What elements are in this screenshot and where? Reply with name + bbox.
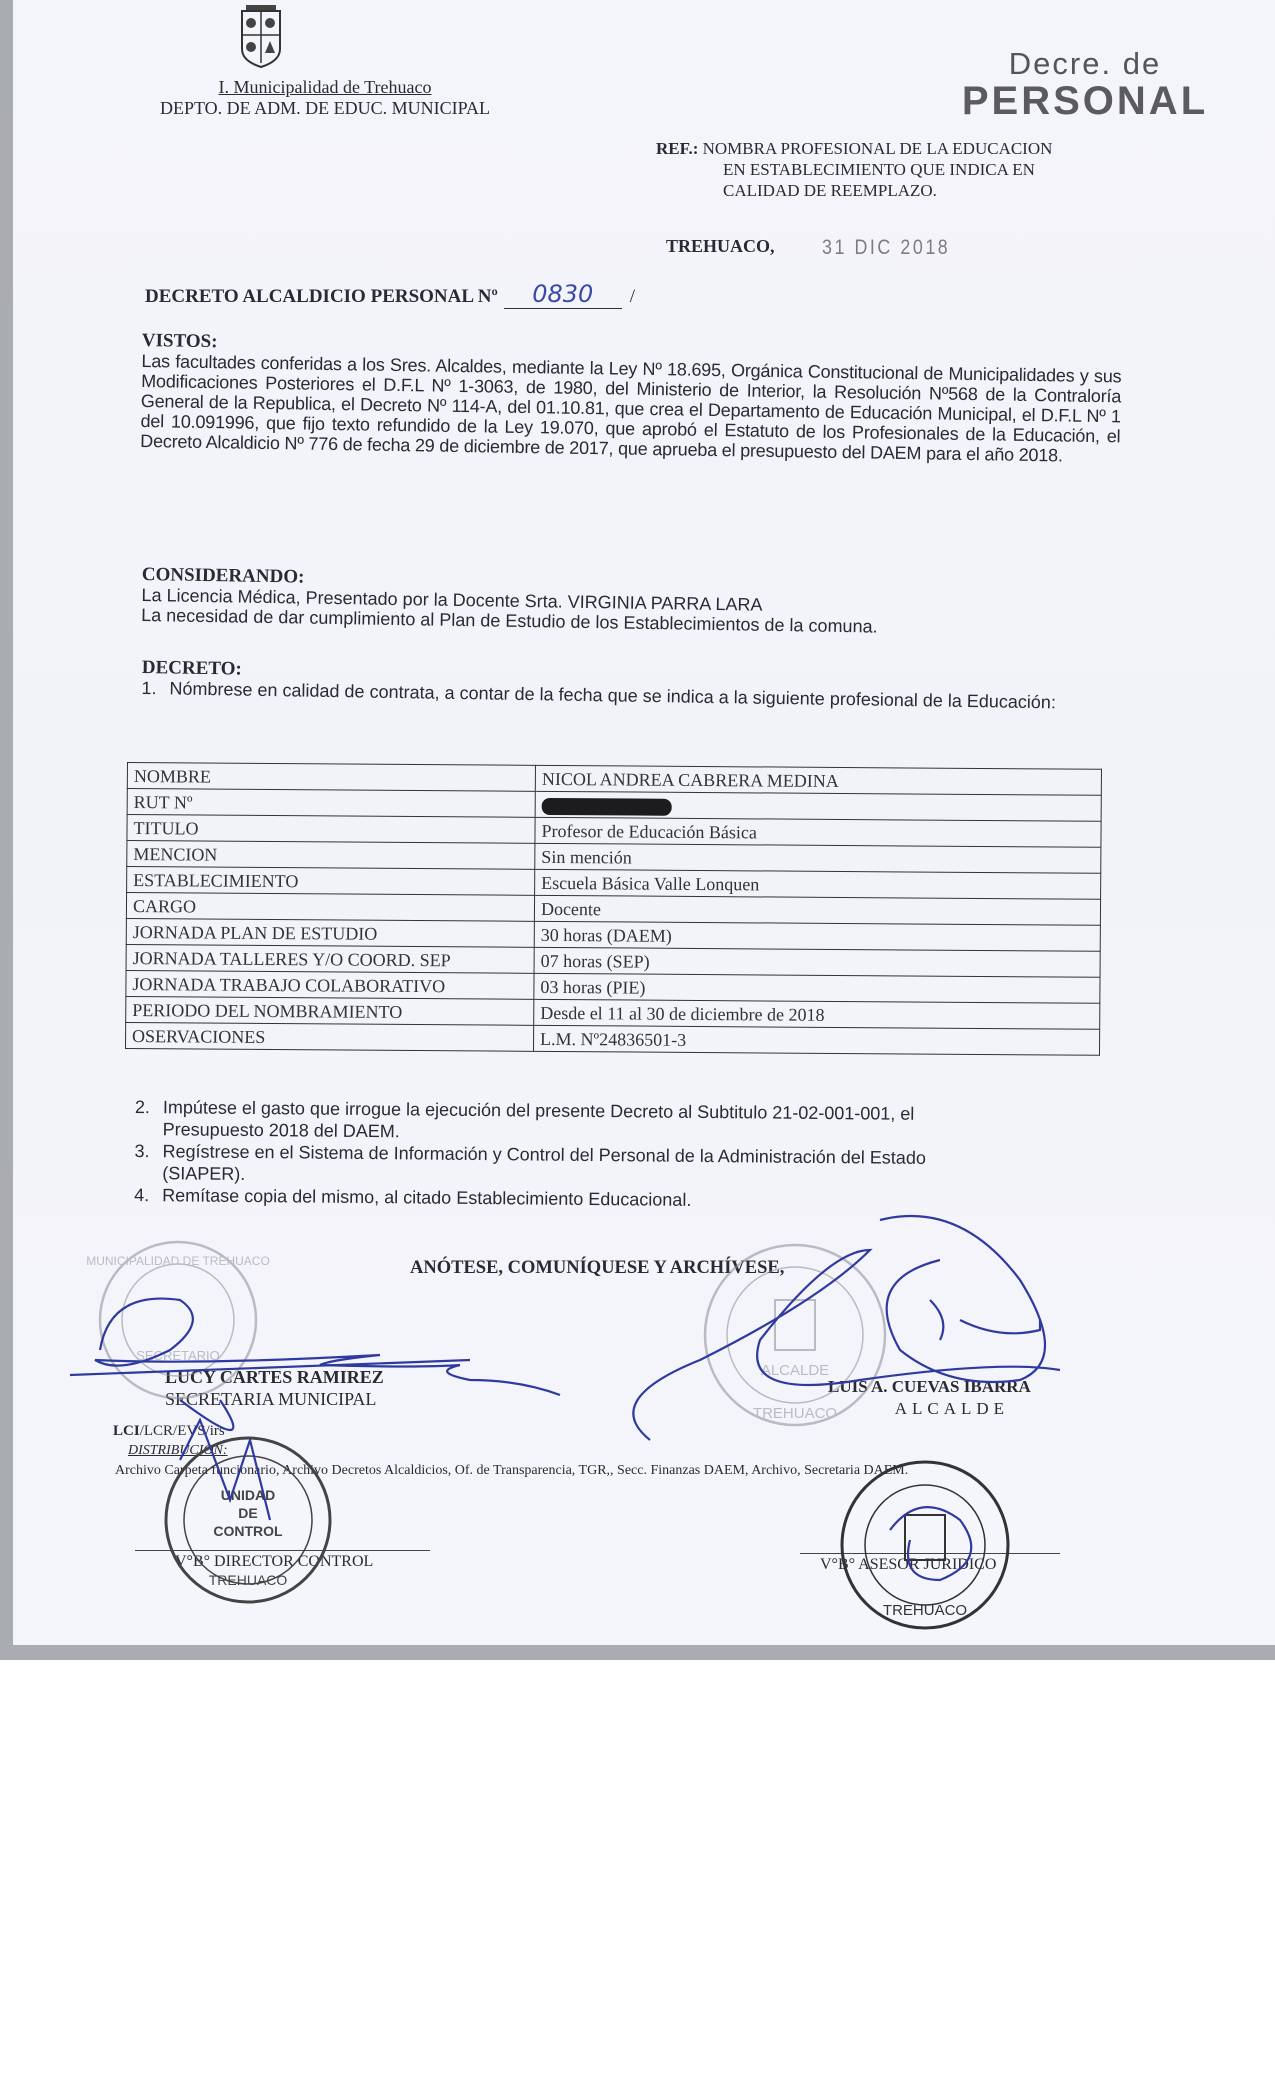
decree-number-handwritten: 0830 [504, 280, 622, 309]
control-approval-line: V°B° DIRECTOR CONTROL [135, 1550, 430, 1571]
coat-of-arms-icon [238, 5, 284, 68]
decreto-items: 2.Impútese el gasto que irrogue la ejecu… [134, 1096, 1125, 1215]
mayor-signature-block: LUIS A. CUEVAS IBARRA ALCALDE [828, 1376, 1031, 1420]
table-label: ESTABLECIMIENTO [127, 867, 535, 896]
decree-slash: / [630, 286, 635, 307]
table-value: Desde el 11 al 30 de diciembre de 2018 [534, 999, 1100, 1029]
mayor-name: LUIS A. CUEVAS IBARRA [828, 1376, 1031, 1398]
table-label: NOMBRE [127, 763, 535, 792]
table-value: 07 horas (SEP) [534, 947, 1100, 977]
table-label: JORNADA TRABAJO COLABORATIVO [126, 970, 534, 999]
table-label: RUT Nº [127, 789, 535, 818]
secretary-signature-block: LUCY CARTES RAMIREZ SECRETARIA MUNICIPAL [165, 1366, 384, 1410]
stamp-line-2: PERSONAL [960, 82, 1210, 120]
table-label: MENCION [127, 841, 535, 870]
decree-type-stamp: Decre. de PERSONAL [960, 46, 1210, 120]
distribution-heading: DISTRIBUCION: [128, 1443, 228, 1459]
table-value [535, 791, 1101, 821]
redaction-mark [542, 798, 672, 816]
legal-approval-line: V°B° ASESOR JURIDICO [800, 1553, 1060, 1574]
ref-label: REF.: [656, 139, 698, 158]
mayor-title: ALCALDE [828, 1398, 1031, 1420]
municipality-header: I. Municipalidad de Trehuaco DEPTO. DE A… [150, 77, 500, 119]
ref-line: NOMBRA PROFESIONAL DE LA EDUCACION [703, 139, 1053, 158]
vistos-text: Las facultades conferidas a los Sres. Al… [140, 351, 1121, 466]
stamp-line-1: Decre. de [960, 46, 1210, 82]
initials-bold: LCI [113, 1423, 140, 1439]
city-label: TREHUACO, [666, 236, 775, 257]
initials: LCI/LCR/EVS/irs [113, 1423, 225, 1440]
decree-number-line: DECRETO ALCALDICIO PERSONAL Nº0830/ [145, 280, 635, 309]
closing-formula: ANÓTESE, COMUNÍQUESE Y ARCHÍVESE, [410, 1258, 784, 1279]
appointment-table: NOMBRENICOL ANDREA CABRERA MEDINA RUT Nº… [125, 762, 1102, 1056]
table-value: Profesor de Educación Básica [535, 817, 1101, 847]
ref-line: EN ESTABLECIMIENTO QUE INDICA EN [656, 159, 1052, 180]
ref-line: CALIDAD DE REEMPLAZO. [656, 180, 1052, 201]
decree-title: DECRETO ALCALDICIO PERSONAL Nº [145, 286, 498, 307]
reference-block: REF.: NOMBRA PROFESIONAL DE LA EDUCACION… [656, 138, 1052, 201]
table-value: Sin mención [535, 843, 1101, 873]
vistos-section: VISTOS: Las facultades conferidas a los … [140, 331, 1122, 466]
municipality-name: I. Municipalidad de Trehuaco [150, 77, 500, 98]
secretary-name: LUCY CARTES RAMIREZ [165, 1366, 384, 1388]
initials-rest: /LCR/EVS/irs [140, 1423, 225, 1439]
distribution-list: Archivo Carpeta funcionario, Archivo Dec… [115, 1463, 908, 1479]
item-number: 2. [135, 1096, 163, 1118]
table-label: JORNADA PLAN DE ESTUDIO [126, 918, 534, 947]
item-number: 3. [134, 1140, 162, 1162]
table-label: PERIODO DEL NOMBRAMIENTO [126, 996, 534, 1025]
table-value: 30 horas (DAEM) [534, 921, 1100, 951]
item-text: Remítase copia del mismo, al citado Esta… [162, 1185, 691, 1210]
secretary-title: SECRETARIA MUNICIPAL [165, 1388, 384, 1410]
table-label: JORNADA TALLERES Y/O COORD. SEP [126, 944, 534, 973]
department-name: DEPTO. DE ADM. DE EDUC. MUNICIPAL [150, 98, 500, 119]
item-number: 4. [134, 1184, 162, 1206]
table-label: TITULO [127, 815, 535, 844]
table-value: 03 horas (PIE) [534, 973, 1100, 1003]
table-value: L.M. Nº24836501-3 [533, 1025, 1099, 1055]
table-label: CARGO [126, 893, 534, 922]
table-value: NICOL ANDREA CABRERA MEDINA [535, 765, 1101, 795]
item-number: 1. [141, 678, 169, 698]
table-label: OSERVACIONES [125, 1022, 533, 1051]
table-value: Escuela Básica Valle Lonquen [535, 869, 1101, 899]
date-stamp: 31 DIC 2018 [822, 236, 950, 260]
table-value: Docente [534, 895, 1100, 925]
